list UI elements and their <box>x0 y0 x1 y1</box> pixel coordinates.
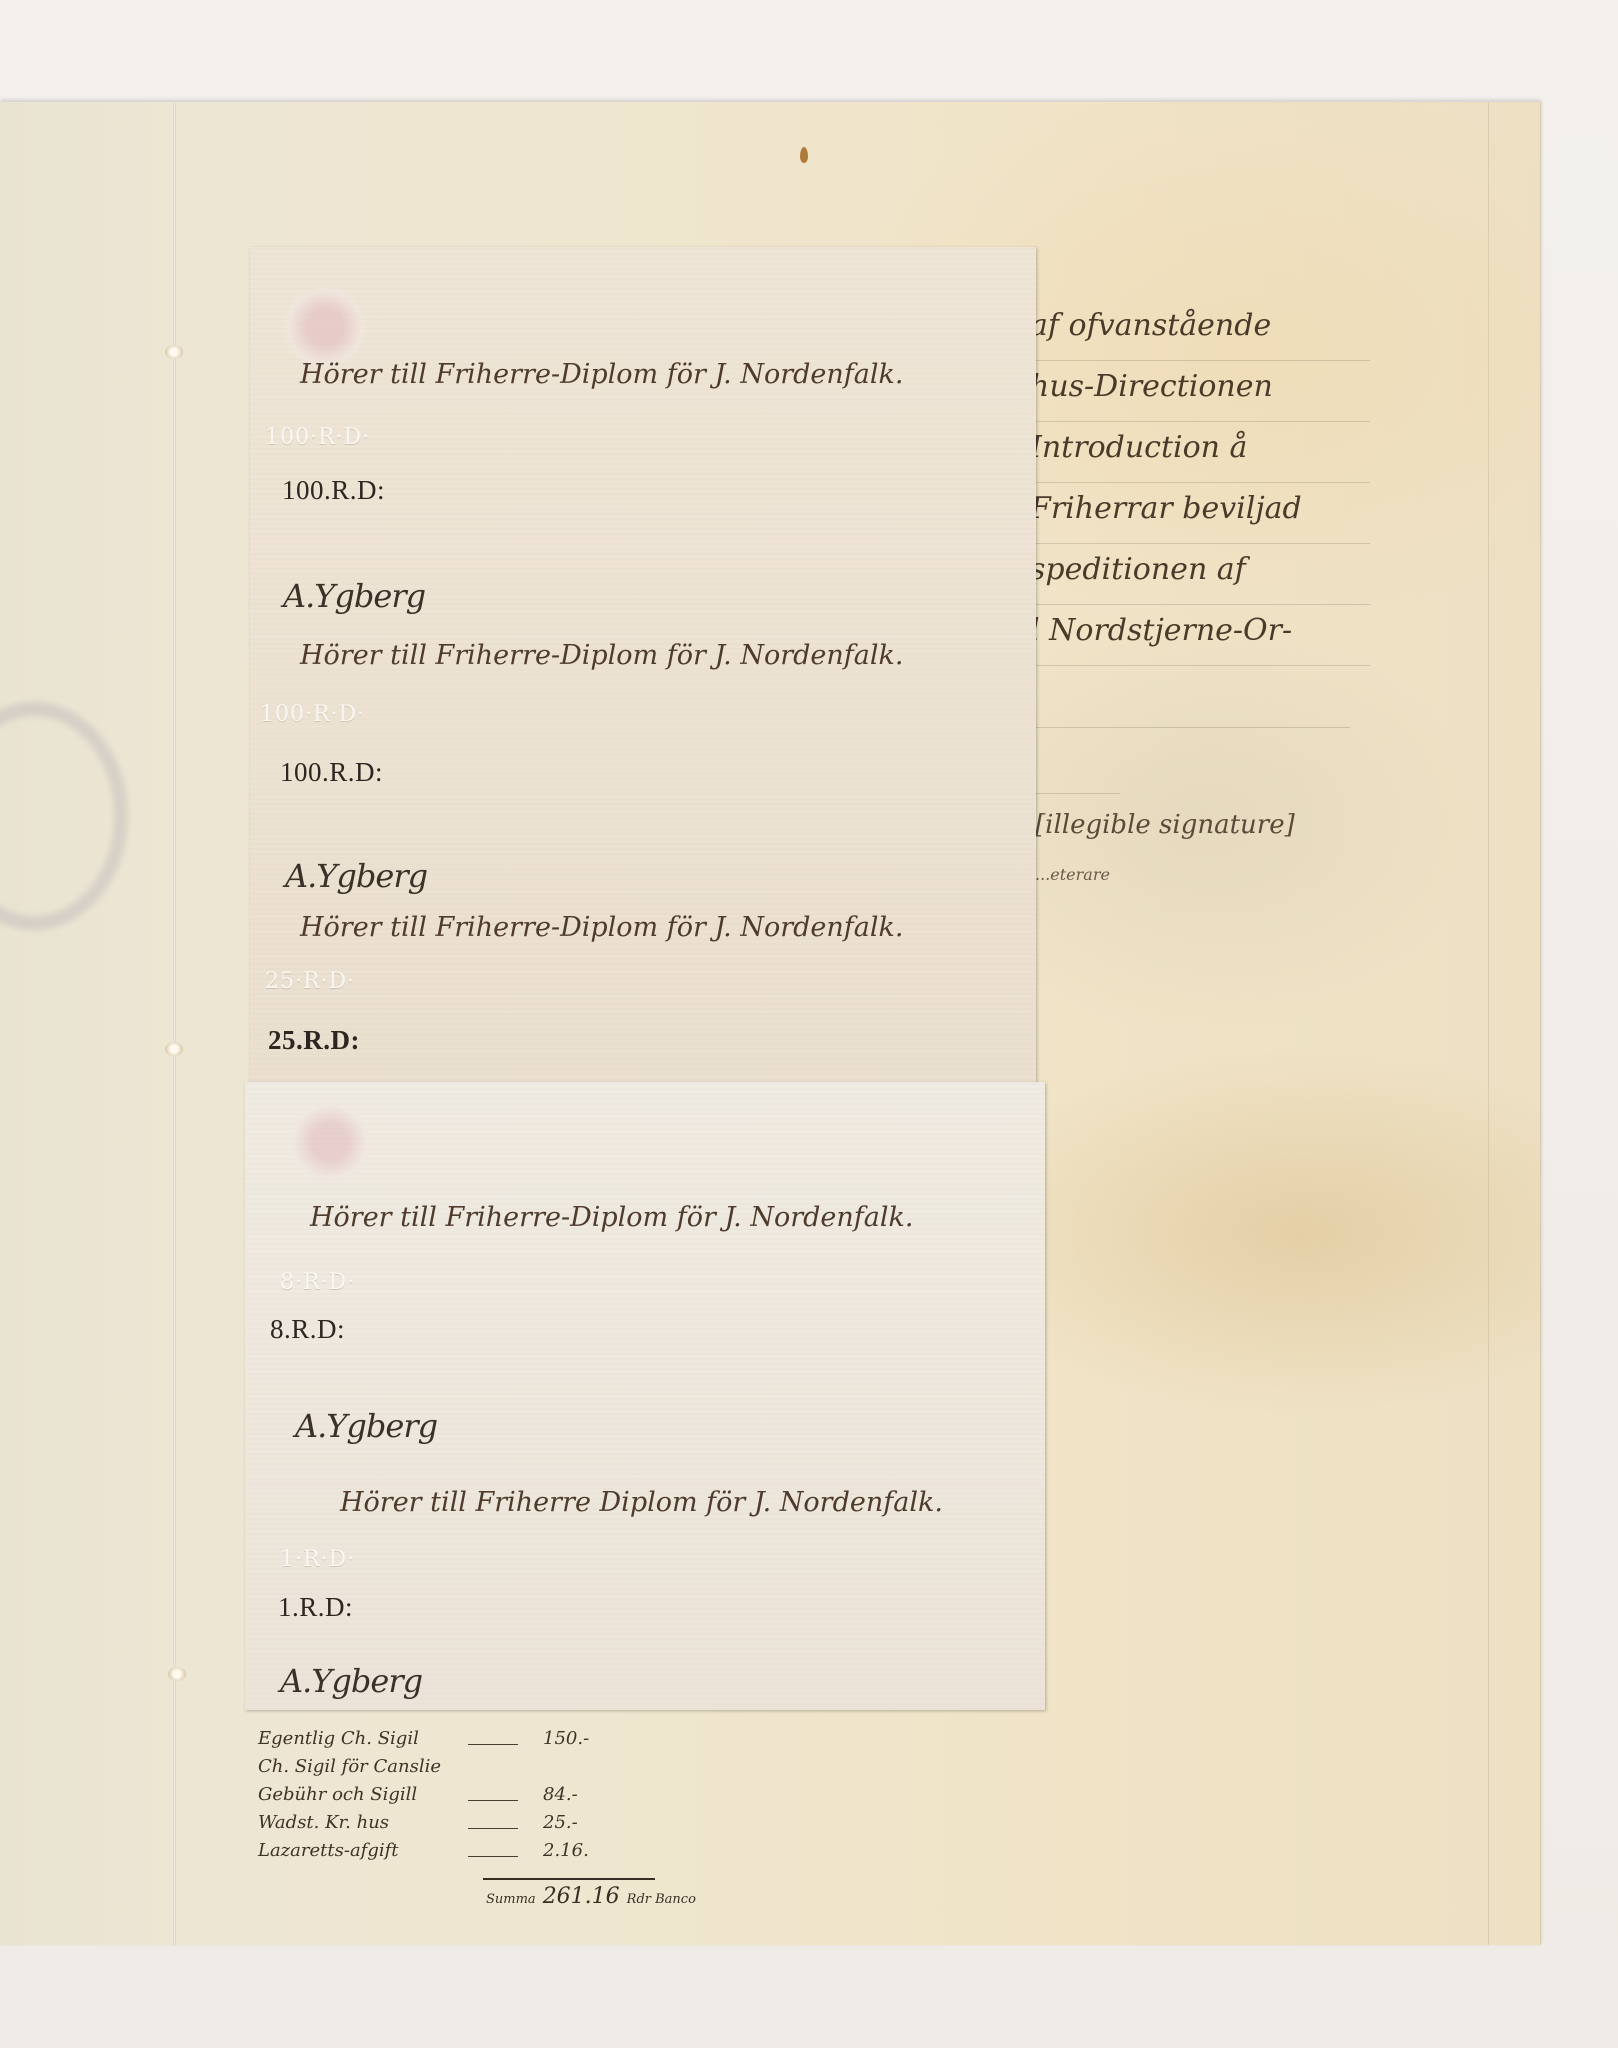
right-column-text: af ofvanstående hus-Directionen Introduc… <box>1030 300 1370 666</box>
slip-signature: A.Ygberg <box>295 1407 437 1445</box>
total-suffix: Rdr Banco <box>627 1892 696 1907</box>
account-label: Egentlig Ch. Sigil <box>258 1728 419 1749</box>
total-rule <box>483 1878 655 1880</box>
embossed-seal-icon <box>280 287 370 367</box>
embossed-value: 25·R·D· <box>265 969 355 994</box>
seal-bleed-through-icon <box>0 702 128 930</box>
binding-hole-icon <box>165 345 183 359</box>
stamp-value: 8.R.D: <box>270 1314 345 1345</box>
leader-line <box>468 1828 518 1829</box>
account-label: Ch. Sigil för Canslie <box>258 1756 441 1777</box>
right-signature: [illegible signature] <box>1035 810 1295 840</box>
leader-line <box>468 1800 518 1801</box>
account-value: 150.- <box>543 1728 589 1749</box>
text-line: af ofvanstående <box>1030 300 1370 361</box>
slip-note: Hörer till Friherre Diplom för J. Norden… <box>340 1487 943 1518</box>
account-row: Wadst. Kr. hus 25.- <box>258 1812 658 1840</box>
binding-hole-icon <box>168 1667 186 1681</box>
stamp-slip-upper: Hörer till Friherre-Diplom för J. Norden… <box>250 247 1036 1085</box>
embossed-value: 100·R·D· <box>265 425 370 450</box>
account-label: Wadst. Kr. hus <box>258 1812 389 1833</box>
leader-line <box>468 1856 518 1857</box>
slip-signature: A.Ygberg <box>280 1662 422 1700</box>
total-value: 261.16 <box>543 1884 620 1909</box>
total-label: Summa <box>486 1892 536 1907</box>
account-value: 84.- <box>543 1784 578 1805</box>
stamp-slip-lower: Hörer till Friherre-Diplom för J. Norden… <box>245 1082 1045 1710</box>
embossed-value: 1·R·D· <box>280 1547 355 1572</box>
stamp-value: 100.R.D: <box>282 475 385 506</box>
stamp-value: 100.R.D: <box>280 757 383 788</box>
account-row: Egentlig Ch. Sigil 150.- <box>258 1728 658 1756</box>
fee-accounts: Egentlig Ch. Sigil 150.- Ch. Sigil för C… <box>258 1728 658 1868</box>
stamp-value: 1.R.D: <box>278 1592 353 1623</box>
embossed-seal-icon <box>285 1102 375 1182</box>
slip-note: Hörer till Friherre-Diplom för J. Norden… <box>300 640 903 671</box>
account-row: Ch. Sigil för Canslie <box>258 1756 658 1784</box>
slip-signature: A.Ygberg <box>285 857 427 895</box>
text-line: Friherrar beviljad <box>1030 483 1370 544</box>
account-label: Gebühr och Sigill <box>258 1784 417 1805</box>
ruled-line <box>1030 727 1350 728</box>
ruled-line <box>1030 793 1120 794</box>
text-line: Introduction å <box>1030 422 1370 483</box>
slip-note: Hörer till Friherre-Diplom för J. Norden… <box>310 1202 913 1233</box>
text-line: hus-Directionen <box>1030 361 1370 422</box>
account-total: Summa 261.16 Rdr Banco <box>486 1884 696 1909</box>
account-row: Gebühr och Sigill 84.- <box>258 1784 658 1812</box>
slip-note: Hörer till Friherre-Diplom för J. Norden… <box>300 359 903 390</box>
margin-rule <box>1488 102 1489 1945</box>
text-line: l Nordstjerne-Or- <box>1030 605 1370 666</box>
stamp-value: 25.R.D: <box>268 1025 360 1056</box>
binding-hole-icon <box>165 1042 183 1056</box>
text-line: speditionen af <box>1030 544 1370 605</box>
embossed-value: 8·R·D· <box>280 1270 355 1295</box>
right-signature-title: ...eterare <box>1035 865 1110 884</box>
account-value: 2.16. <box>543 1840 589 1861</box>
leader-line <box>468 1744 518 1745</box>
account-value: 25.- <box>543 1812 578 1833</box>
ink-stain <box>800 147 808 163</box>
embossed-value: 100·R·D· <box>260 702 365 727</box>
account-row: Lazaretts-afgift 2.16. <box>258 1840 658 1868</box>
slip-signature: A.Ygberg <box>283 577 425 615</box>
account-label: Lazaretts-afgift <box>258 1840 399 1861</box>
slip-note: Hörer till Friherre-Diplom för J. Norden… <box>300 912 903 943</box>
